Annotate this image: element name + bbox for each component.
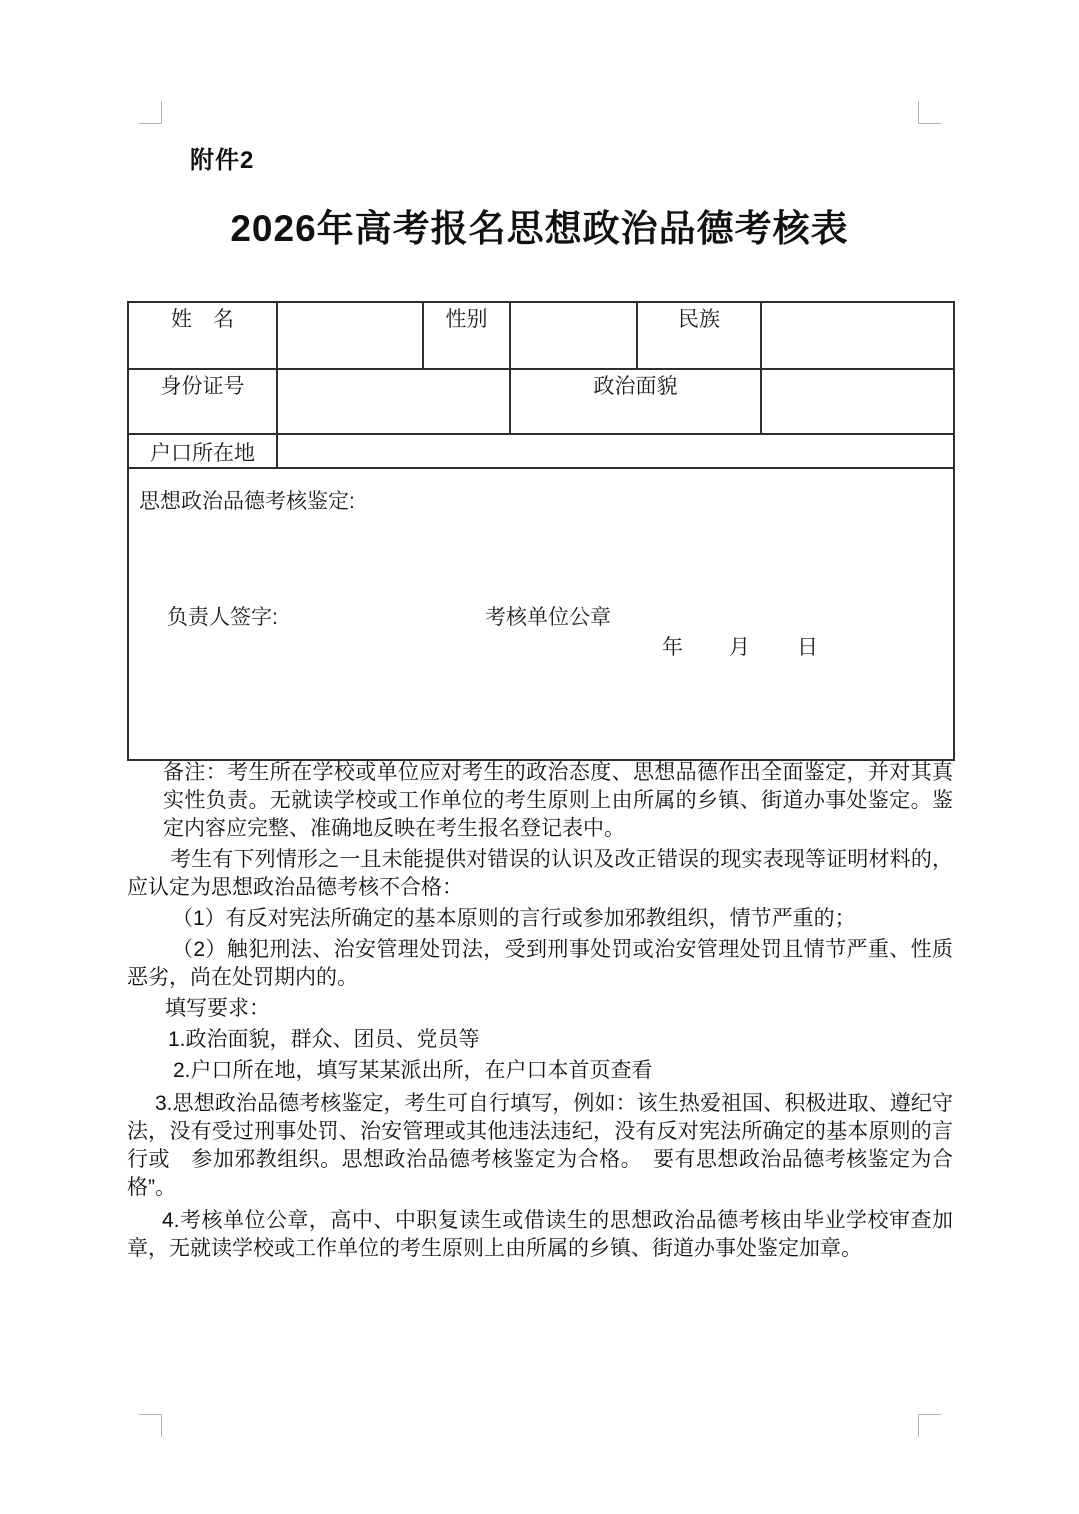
fill-requirement-4: 4.考核单位公章，高中、中职复读生或借读生的思想政治品德考核由毕业学校审查加章，…: [127, 1207, 953, 1263]
corner-mark-bottom-left-icon: [139, 1414, 162, 1437]
attachment-label: 附件2: [190, 140, 254, 175]
document-page: 附件2 2026年高考报名思想政治品德考核表 姓 名 性别 民族 身份证号 政治…: [0, 0, 1079, 1514]
corner-mark-top-left-icon: [139, 101, 162, 124]
id-number-value-cell: [277, 369, 510, 434]
id-number-label: 身份证号: [128, 369, 277, 434]
month-label: 月: [729, 631, 750, 661]
household-location-label: 户口所在地: [128, 434, 277, 468]
notes-section: 备注：考生所在学校或单位应对考生的政治态度、思想品德作出全面鉴定，并对其真实性负…: [127, 759, 953, 1266]
fill-requirement-1: 1.政治面貌，群众、团员、党员等: [127, 1026, 953, 1054]
assessment-label: 思想政治品德考核鉴定:: [139, 485, 355, 515]
fill-requirements-heading: 填写要求：: [127, 995, 953, 1023]
note-item-1: （1）有反对宪法所确定的基本原则的言行或参加邪教组织，情节严重的；: [127, 905, 953, 933]
day-label: 日: [797, 631, 818, 661]
note-disqualify-intro: 考生有下列情形之一且未能提供对错误的认识及改正错误的现实表现等证明材料的，应认定…: [127, 846, 953, 902]
year-label: 年: [662, 631, 683, 661]
corner-mark-bottom-right-icon: [918, 1414, 941, 1437]
fill-requirement-2: 2.户口所在地，填写某某派出所，在户口本首页查看: [127, 1057, 953, 1085]
note-remark-paragraph: 备注：考生所在学校或单位应对考生的政治态度、思想品德作出全面鉴定，并对其真实性负…: [163, 759, 953, 843]
household-location-value-cell: [277, 434, 954, 468]
note-item-2: （2）触犯刑法、治安管理处罚法，受到刑事处罚或治安管理处罚且情节严重、性质恶劣，…: [127, 936, 953, 992]
fill-requirement-3: 3.思想政治品德考核鉴定，考生可自行填写，例如：该生热爱祖国、积极进取、遵纪守法…: [127, 1090, 953, 1202]
assessment-form-table: 姓 名 性别 民族 身份证号 政治面貌 户口所在地 思想政治品德考核鉴定: 负责…: [127, 301, 955, 761]
assessment-cell: 思想政治品德考核鉴定: 负责人签字: 考核单位公章 年 月 日: [128, 468, 954, 760]
political-status-value-cell: [761, 369, 954, 434]
name-label: 姓 名: [128, 302, 277, 369]
signature-label: 负责人签字:: [167, 601, 278, 631]
gender-label: 性别: [423, 302, 510, 369]
political-status-label: 政治面貌: [510, 369, 761, 434]
unit-seal-label: 考核单位公章: [485, 601, 611, 631]
gender-value-cell: [510, 302, 637, 369]
ethnicity-value-cell: [761, 302, 954, 369]
name-value-cell: [277, 302, 423, 369]
corner-mark-top-right-icon: [918, 101, 941, 124]
page-title: 2026年高考报名思想政治品德考核表: [0, 198, 1079, 252]
ethnicity-label: 民族: [637, 302, 761, 369]
